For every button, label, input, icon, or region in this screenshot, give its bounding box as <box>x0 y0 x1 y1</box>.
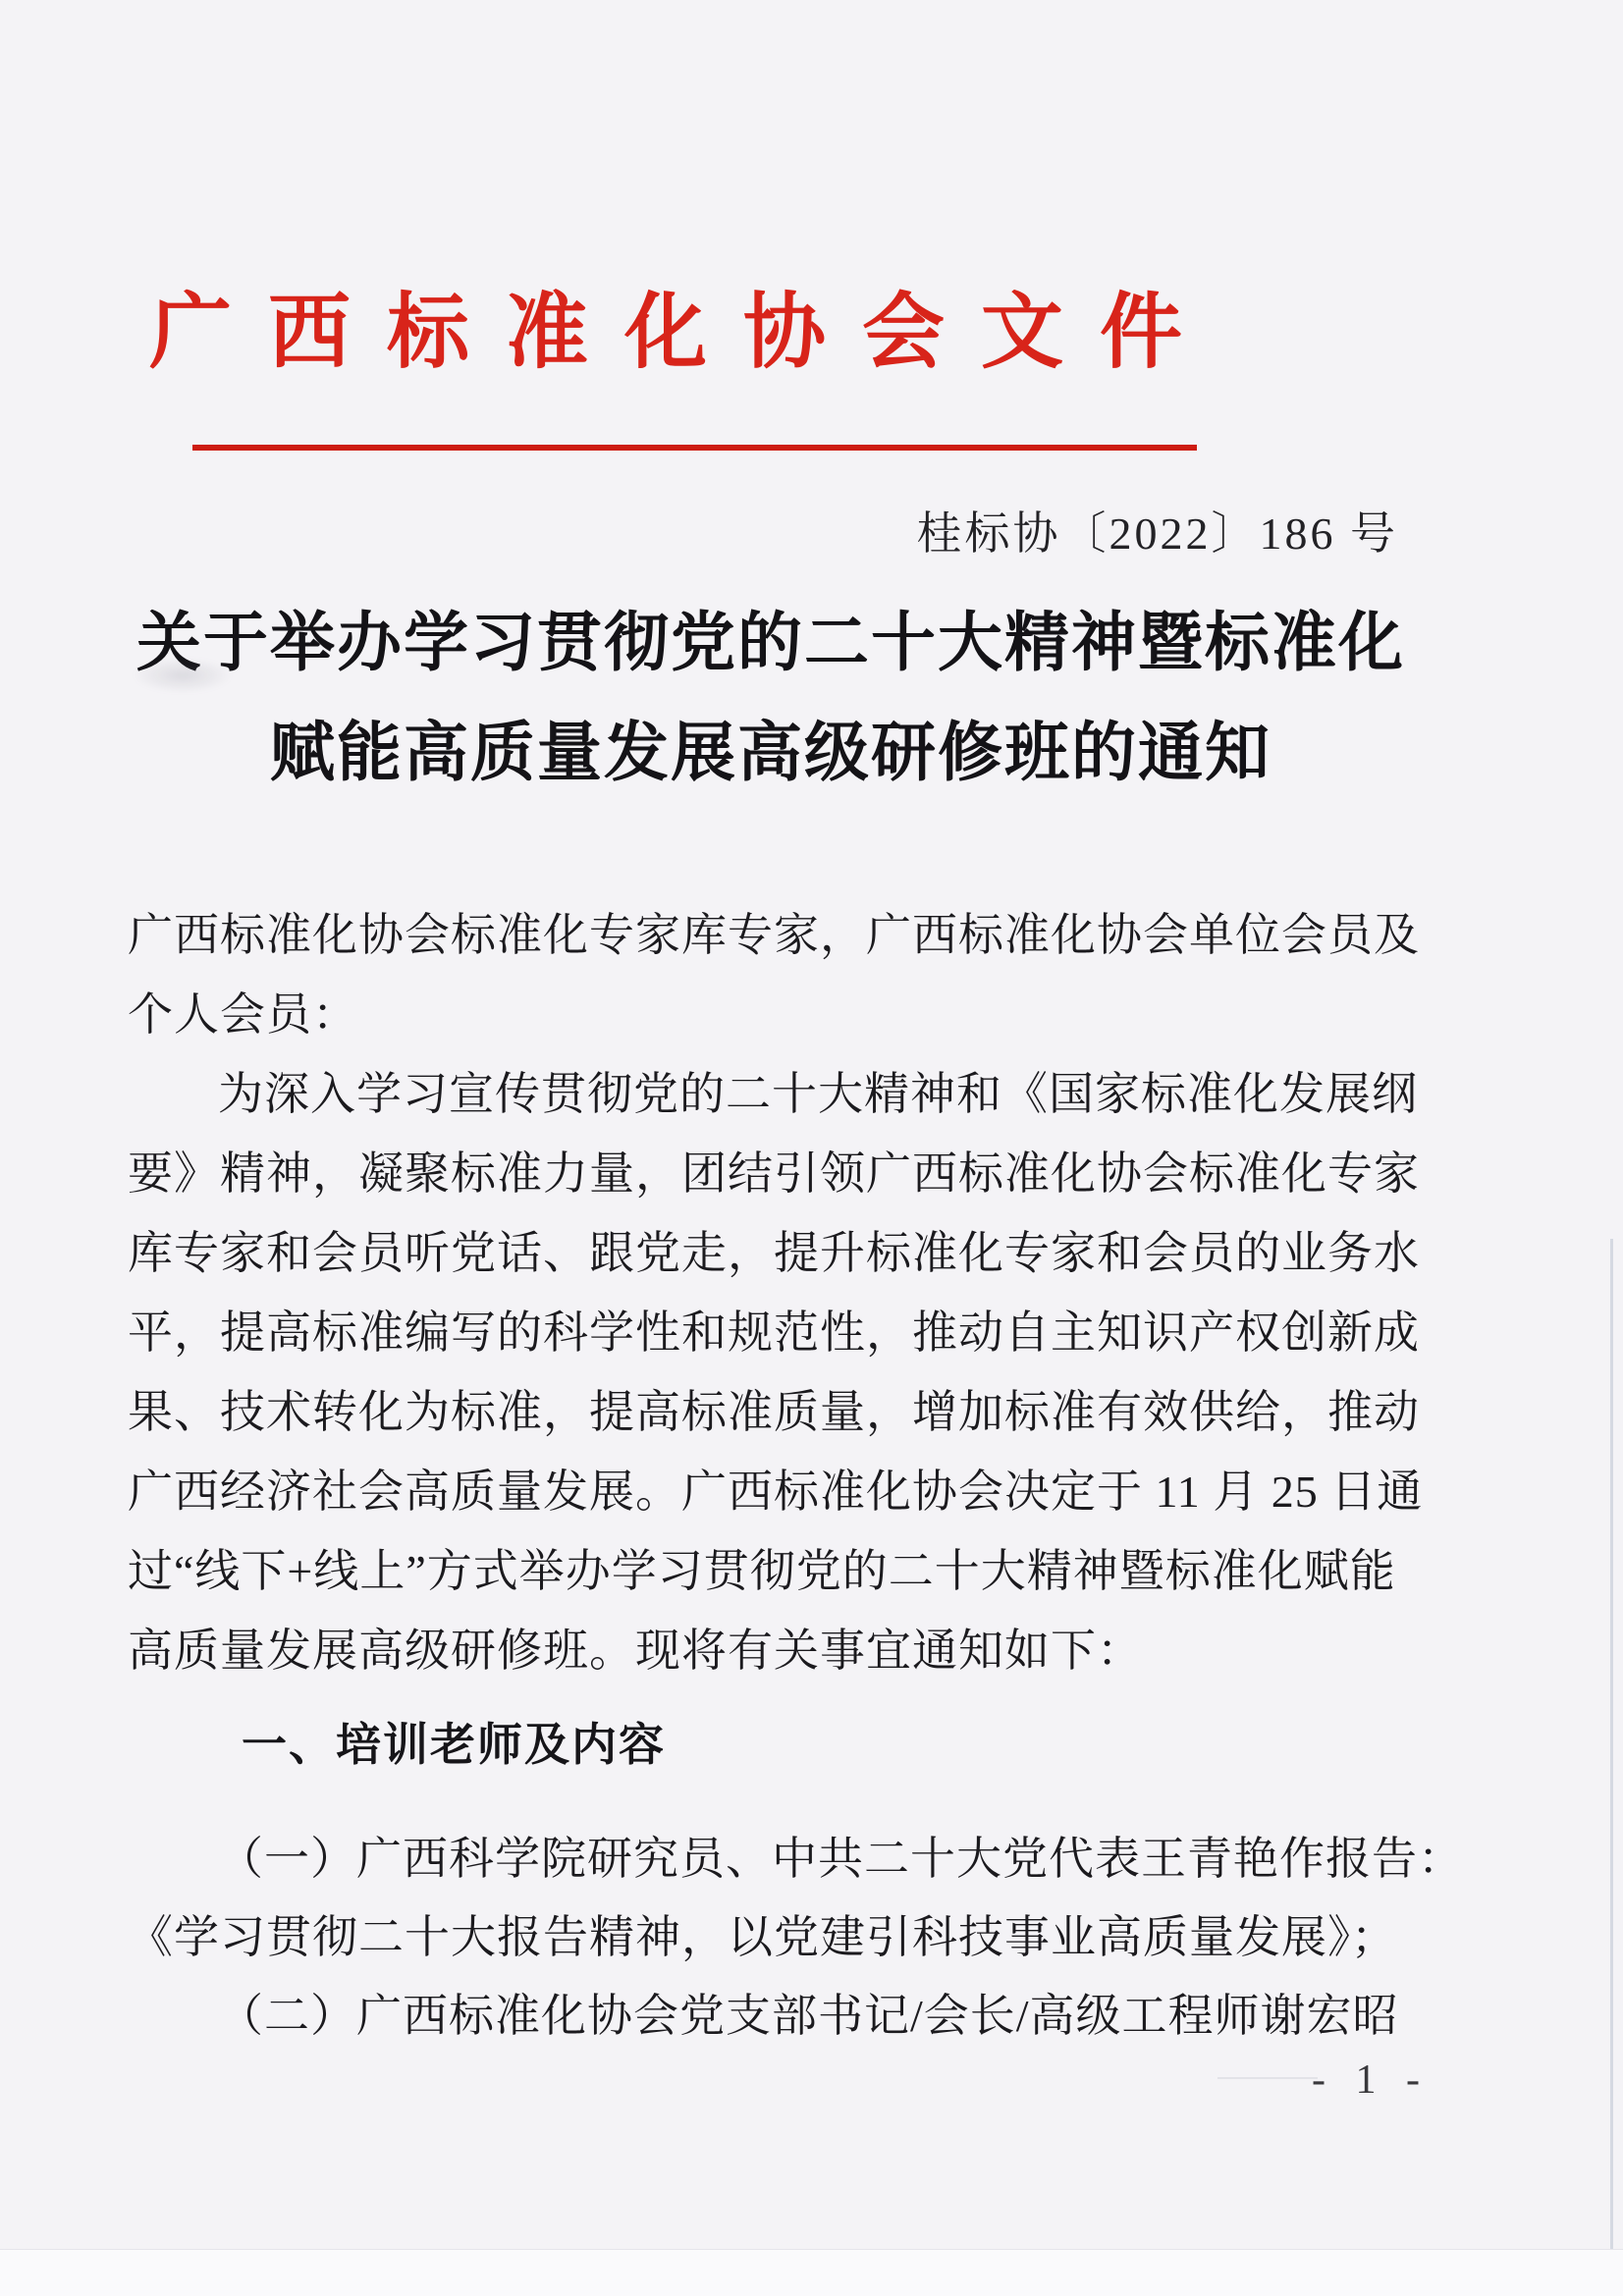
document-title-line2: 赋能高质量发展高级研修班的通知 <box>128 699 1414 809</box>
body-item-line: （一）广西科学院研究员、中共二十大党代表王青艳作报告： <box>128 1820 1455 1898</box>
body-item-line: 《学习贯彻二十大报告精神，以党建引科技事业高质量发展》； <box>128 1898 1455 1977</box>
document-title: 关于举办学习贯彻党的二十大精神暨标准化 赋能高质量发展高级研修班的通知 <box>128 589 1414 809</box>
scan-edge-band-bottom <box>0 2249 1623 2296</box>
body-line: 高质量发展高级研修班。现将有关事宜通知如下： <box>128 1611 1455 1690</box>
scan-artifact-line <box>1217 2077 1318 2079</box>
document-number: 桂标协〔2022〕186 号 <box>0 507 1398 561</box>
scan-bleedthrough-smudge <box>134 658 232 693</box>
body-line: 库专家和会员听党话、跟党走，提升标准化专家和会员的业务水 <box>128 1213 1455 1293</box>
body-line: 广西标准化协会标准化专家库专家，广西标准化协会单位会员及 <box>128 895 1455 975</box>
document-page: 广西标准化协会文件 桂标协〔2022〕186 号 关于举办学习贯彻党的二十大精神… <box>0 0 1623 2296</box>
document-title-line1: 关于举办学习贯彻党的二十大精神暨标准化 <box>128 589 1414 699</box>
section-heading-training-teachers: 一、培训老师及内容 <box>128 1714 1455 1775</box>
letterhead-org-title: 广西标准化协会文件 <box>149 283 1218 381</box>
body-line: 过“线下+线上”方式举办学习贯彻党的二十大精神暨标准化赋能 <box>128 1531 1455 1611</box>
page-number: - 1 - <box>1312 2056 1430 2105</box>
letterhead-red-divider <box>192 445 1197 451</box>
body-item-line: （二）广西标准化协会党支部书记/会长/高级工程师谢宏昭 <box>128 1977 1455 2056</box>
body-line: 广西经济社会高质量发展。广西标准化协会决定于 11 月 25 日通 <box>128 1452 1455 1531</box>
body-line: 为深入学习宣传贯彻党的二十大精神和《国家标准化发展纲 <box>128 1054 1455 1134</box>
body-line: 果、技术转化为标准，提高标准质量，增加标准有效供给，推动 <box>128 1372 1455 1452</box>
scan-edge-shadow-right <box>1610 1239 1613 2252</box>
body-line: 平，提高标准编写的科学性和规范性，推动自主知识产权创新成 <box>128 1293 1455 1372</box>
body-line: 要》精神，凝聚标准力量，团结引领广西标准化协会标准化专家 <box>128 1134 1455 1213</box>
body-items: （一）广西科学院研究员、中共二十大党代表王青艳作报告： 《学习贯彻二十大报告精神… <box>128 1820 1455 2056</box>
body-line: 个人会员： <box>128 975 1455 1054</box>
body-paragraphs: 广西标准化协会标准化专家库专家，广西标准化协会单位会员及 个人会员： 为深入学习… <box>128 895 1455 1690</box>
